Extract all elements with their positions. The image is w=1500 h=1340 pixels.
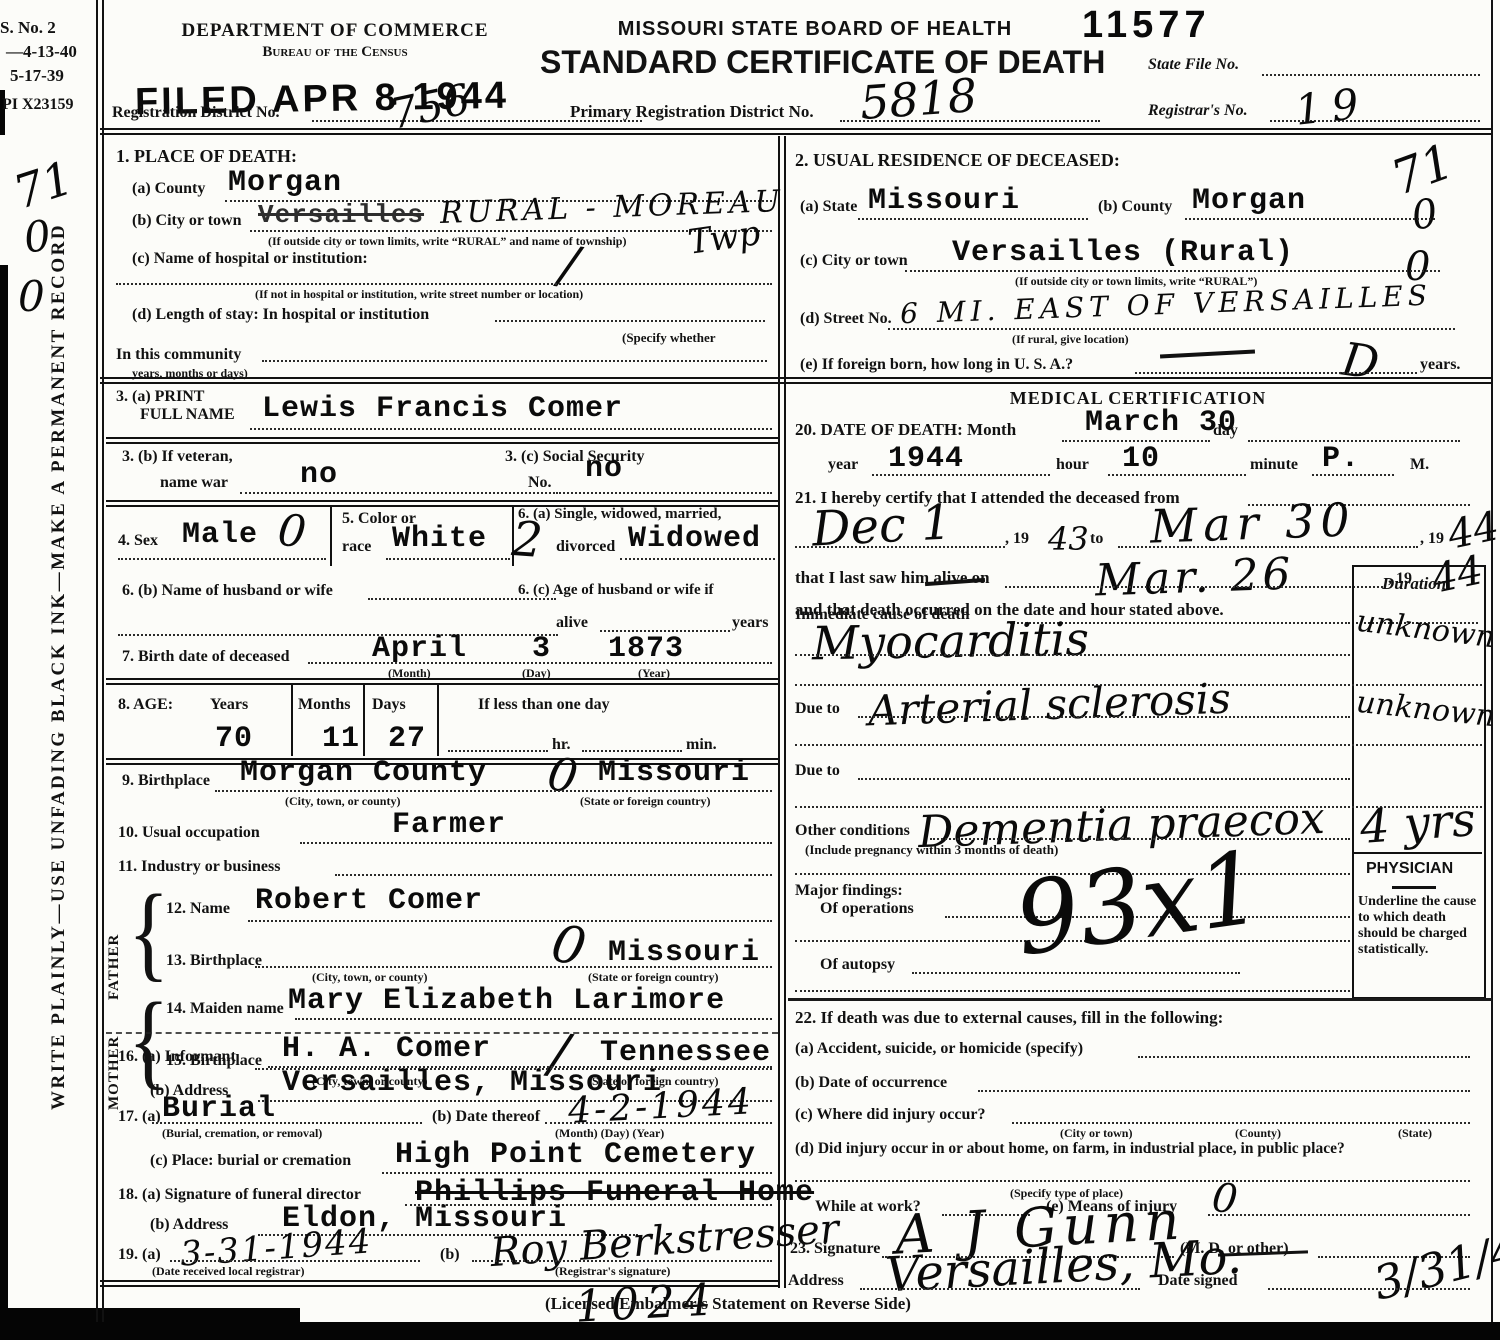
age-col-months: Months (298, 696, 350, 714)
residence-city-label: (c) City or town (800, 252, 908, 270)
registrar-sig-label: (b) (440, 1246, 460, 1264)
due-to-2-label: Due to (795, 762, 840, 780)
registrar-received-line (170, 1260, 420, 1262)
physician-box-divider (1352, 852, 1482, 854)
death-hour-label: hour (1056, 456, 1089, 474)
birthplace-city-value: Morgan County (240, 756, 487, 790)
state-file-line (1262, 74, 1480, 76)
other-conditions-label: Other conditions (795, 822, 910, 840)
mother-name-value: Mary Elizabeth Larimore (288, 984, 725, 1018)
due-to-1-label: Due to (795, 700, 840, 718)
burial-line (152, 1122, 422, 1124)
pod-hospital-line (116, 283, 772, 285)
father-brace: { (128, 877, 169, 985)
sex-label: 4. Sex (118, 532, 158, 550)
fullname-value: Lewis Francis Comer (262, 392, 623, 426)
attended-to-value: Mar 30 (1149, 492, 1356, 553)
father-birthplace-line (255, 966, 772, 968)
date-of-death-label: 20. DATE OF DEATH: Month (795, 420, 1016, 440)
duration-label: Duration (1382, 574, 1446, 594)
father-birthplace-label: 13. Birthplace (166, 952, 262, 970)
cause-sep-2 (795, 744, 1482, 746)
occurrence-date-line (978, 1090, 1470, 1092)
foreign-born-pen-dash (1160, 350, 1255, 359)
other-conditions-line (930, 838, 1350, 840)
burial-place-label: (c) Place: burial or cremation (150, 1152, 351, 1170)
primary-district-value: 5818 (858, 68, 979, 130)
mother-name-line (295, 1018, 772, 1020)
race-value: White (392, 522, 487, 556)
death-certificate-scan: S. No. 2 —4-13-40 5-17-39 PI X23159 WRIT… (0, 0, 1500, 1340)
race-line (386, 558, 510, 560)
father-side-label: FATHER (106, 892, 123, 1000)
margin-instruction: WRITE PLAINLY—USE UNFADING BLACK INK—MAK… (48, 160, 70, 1110)
residence-state-line (858, 218, 1088, 220)
birthplace-label: 9. Birthplace (122, 772, 210, 790)
marital-label-2: divorced (556, 538, 615, 556)
physician-signature-label: 23. Signature (790, 1240, 880, 1258)
father-name-value: Robert Comer (255, 884, 483, 918)
birthplace-line (215, 790, 772, 792)
marital-pen-mark: 2 (510, 511, 544, 569)
sex-value: Male (182, 518, 258, 552)
father-birthplace-hint-state: (State or foreign country) (588, 970, 719, 985)
injury-where-label: (c) Where did injury occur? (795, 1106, 986, 1124)
race-label-2: race (342, 538, 371, 556)
veteran-label-1: 3. (b) If veteran, (122, 448, 233, 466)
divider-sex-race (330, 506, 332, 566)
pod-stay-hint: (Specify whether (622, 330, 716, 346)
physician-note: Underline the cause to which death shoul… (1358, 894, 1480, 958)
injury-place-line (795, 1180, 1470, 1182)
primary-district-label: Primary Registration District No. (570, 102, 814, 122)
registrar-no-value: 19 (1293, 78, 1371, 134)
foreign-born-line (1135, 372, 1417, 374)
spouse-age-label-1: 6. (c) Age of husband or wife if (518, 582, 714, 599)
mother-brace: { (128, 985, 169, 1093)
injury-where-hint-county: (County) (1235, 1126, 1281, 1141)
death-hour-value: 10 (1122, 442, 1160, 476)
age-hr-line (448, 750, 548, 752)
rule-sec1-bottom (100, 377, 1492, 384)
age-col-less: If less than one day (478, 696, 610, 714)
age-col-days: Days (372, 696, 406, 714)
certify-to-label: , to (1082, 530, 1103, 548)
age-divider-2 (363, 684, 365, 756)
father-birthplace-hint-city: (City, town, or county) (312, 970, 427, 985)
pod-hospital-label: (c) Name of hospital or institution: (132, 250, 368, 268)
header-rule (100, 128, 1492, 135)
pod-community-label: In this community (116, 346, 241, 364)
ssn-line (556, 492, 772, 494)
physician-dash (1392, 886, 1436, 889)
rule-sec3a-bottom (106, 437, 778, 444)
date-signed-label: Date signed (1158, 1272, 1238, 1290)
other-conditions-duration: 4 yrs (1358, 792, 1477, 854)
residence-street-hint: (If rural, give location) (1012, 332, 1129, 347)
residence-city-line (905, 270, 1440, 272)
date-signed-value: 3/31/44 (1368, 1215, 1500, 1310)
father-birthplace-value: Missouri (608, 936, 760, 970)
veteran-line (240, 492, 555, 494)
informant-value: H. A. Comer (282, 1032, 491, 1066)
birthplace-state-value: Missouri (598, 756, 750, 790)
due-to-1-value: Arterial sclerosis (867, 674, 1231, 736)
margin-pencil-code-3: 0 (18, 272, 45, 321)
place-of-death-heading: 1. PLACE OF DEATH: (116, 146, 297, 167)
scan-edge-left (0, 265, 8, 1340)
burial-value: Burial (162, 1092, 276, 1126)
veteran-label-2: name war (160, 474, 228, 492)
date-signed-line (1268, 1288, 1470, 1290)
injury-where-hint-state: (State) (1398, 1126, 1432, 1141)
pod-city-label: (b) City or town (132, 212, 241, 230)
attended-from-value: Dec 1 (811, 494, 953, 557)
of-autopsy-line (912, 972, 1240, 974)
physician-address-label: Address (788, 1272, 844, 1290)
certify-pre19b: , 19 (1420, 530, 1444, 548)
form-code-3: 5-17-39 (10, 66, 64, 86)
residence-county-label: (b) County (1098, 198, 1172, 216)
certify-pre19a: , 19 (1005, 530, 1029, 548)
injury-where-line (1012, 1122, 1470, 1124)
registrar-sig-line (472, 1260, 772, 1262)
birthdate-label: 7. Birth date of deceased (122, 648, 290, 666)
spouse-name-line-2 (118, 634, 558, 636)
date-of-death-day-label: day (1213, 422, 1238, 440)
age-divider-1 (291, 684, 293, 756)
birthplace-hint-city: (City, town, or county) (285, 794, 400, 809)
mother-name-label: 14. Maiden name (166, 1000, 284, 1018)
state-file-label: State File No. (1148, 56, 1239, 74)
embalmer-footer: (Licensed Embalmer's Statement on Revers… (545, 1294, 911, 1314)
last-seen-value: Mar. 26 (1094, 549, 1295, 607)
ssn-value: no (585, 452, 623, 486)
birthdate-year: 1873 (608, 632, 684, 666)
industry-line (335, 874, 772, 876)
form-left-border (96, 0, 104, 1322)
due-to-1-line (858, 716, 1350, 718)
burial-place-value: High Point Cemetery (395, 1138, 756, 1172)
foreign-born-label: (e) If foreign born, how long in U. S. A… (800, 356, 1073, 374)
occurrence-date-label: (b) Date of occurrence (795, 1074, 947, 1092)
pod-county-label: (a) County (132, 180, 205, 198)
fullname-label-1: 3. (a) PRINT (116, 388, 204, 406)
age-min-label: min. (686, 736, 717, 754)
physician-address-line (860, 1288, 1140, 1290)
fullname-label-2: FULL NAME (140, 406, 235, 424)
age-label: 8. AGE: (118, 696, 173, 714)
birthdate-month: April (372, 632, 467, 666)
occupation-label: 10. Usual occupation (118, 824, 260, 842)
spouse-age-suffix: years (732, 614, 768, 632)
due-to-2-line (858, 778, 1350, 780)
age-years-value: 70 (215, 722, 253, 756)
other-conditions-hint: (Include pregnancy within 3 months of de… (805, 842, 1058, 858)
birthdate-line (308, 662, 772, 664)
death-hour-line (1108, 474, 1246, 476)
residence-street-line (888, 328, 1455, 330)
ssn-label-2: No. (528, 474, 552, 492)
birthplace-hint-state: (State or foreign country) (580, 794, 711, 809)
header-board: MISSOURI STATE BOARD OF HEALTH (550, 18, 1080, 41)
pod-community-line (262, 360, 767, 362)
external-causes-heading: 22. If death was due to external causes,… (795, 1008, 1223, 1028)
header-title: STANDARD CERTIFICATE OF DEATH (540, 44, 1100, 81)
fullname-line (250, 428, 772, 430)
death-m-label: M. (1410, 456, 1429, 474)
registration-district-label: Registration District No. (112, 104, 280, 122)
pod-city-struck-value: Versailles (258, 200, 424, 230)
age-days-value: 27 (388, 722, 426, 756)
birthplace-pen-mark: 0 (544, 746, 582, 804)
residence-state-value: Missouri (868, 184, 1020, 218)
certify-line-2: that I last saw him alive on (795, 568, 990, 588)
findings-sep-bottom (795, 990, 1350, 992)
residence-city-value: Versailles (Rural) (952, 236, 1294, 270)
header-department: DEPARTMENT OF COMMERCE (125, 20, 545, 42)
residence-pencil-2: 0 (1409, 190, 1441, 239)
scan-edge-bottom-step (0, 1308, 300, 1328)
residence-county-value: Morgan (1192, 184, 1306, 218)
death-ampm-value: P. (1322, 442, 1360, 476)
death-year-value: 1944 (888, 442, 964, 476)
spouse-age-label-2: alive (556, 614, 588, 632)
sex-pen-mark: 0 (275, 505, 308, 559)
immediate-cause-value: Myocarditis (812, 612, 1090, 671)
death-year-line (872, 474, 1050, 476)
registrar-no-label: Registrar's No. (1148, 102, 1248, 120)
rule-sec7-bottom (106, 678, 778, 685)
major-findings-label: Major findings: (795, 882, 903, 900)
form-code-1: S. No. 2 (0, 18, 56, 38)
residence-street-pen-mark: D (1338, 332, 1382, 391)
age-min-line (582, 750, 682, 752)
age-col-years: Years (210, 696, 248, 714)
age-months-value: 11 (322, 722, 360, 756)
sex-line (118, 558, 326, 560)
burial-hint: (Burial, cremation, or removal) (162, 1126, 322, 1141)
pod-township-hand: Twp (686, 213, 763, 263)
last-seen-line (1005, 586, 1383, 588)
immediate-cause-line-2 (795, 654, 1350, 656)
birthdate-day: 3 (532, 632, 551, 666)
physician-title: PHYSICIAN (1366, 860, 1453, 878)
accident-label: (a) Accident, suicide, or homicide (spec… (795, 1040, 1083, 1058)
pod-hospital-hint: (If not in hospital or institution, writ… (255, 287, 583, 302)
burial-date-label: (b) Date thereof (432, 1108, 540, 1126)
form-right-border (1491, 0, 1493, 1322)
death-year-label: year (828, 456, 858, 474)
burial-date-line (545, 1122, 772, 1124)
father-name-label: 12. Name (166, 900, 230, 918)
pod-stay-label: (d) Length of stay: In hospital or insti… (132, 306, 429, 324)
ssn-label-1: 3. (c) Social Security (505, 448, 645, 466)
certificate-serial-number: 11577 (1082, 4, 1211, 47)
residence-county-line (1185, 218, 1435, 220)
pod-stay-line (495, 320, 765, 322)
residence-heading: 2. USUAL RESIDENCE OF DECEASED: (795, 150, 1120, 171)
of-operations-label: Of operations (820, 900, 914, 918)
certify-from-line-2 (795, 546, 1005, 548)
spouse-name-label: 6. (b) Name of husband or wife (122, 582, 333, 600)
registrar-received-hint: (Date received local registrar) (152, 1264, 304, 1279)
form-code-4: PI X23159 (2, 96, 74, 114)
of-autopsy-label: Of autopsy (820, 956, 895, 974)
veteran-value: no (300, 458, 338, 492)
column-divider (778, 136, 786, 1288)
means-of-injury-line (1208, 1214, 1470, 1216)
mother-birthplace-value: Tennessee (600, 1036, 771, 1070)
injury-place-label: (d) Did injury occur in or about home, o… (795, 1140, 1345, 1158)
burial-place-line (382, 1172, 772, 1174)
foreign-born-suffix: years. (1420, 356, 1460, 374)
age-divider-3 (437, 684, 439, 756)
header-bureau: Bureau of the Census (125, 44, 545, 61)
form-code-2: —4-13-40 (6, 42, 77, 62)
death-minute-label: minute (1250, 456, 1298, 474)
rule-sec22-top (788, 998, 1492, 1001)
residence-street-label: (d) Street No. (800, 310, 892, 328)
burial-date-value: 4-2-1944 (567, 1081, 755, 1132)
father-name-line (248, 920, 772, 922)
accident-line (1138, 1056, 1470, 1058)
pod-county-value: Morgan (228, 166, 342, 200)
occupation-line (300, 842, 772, 844)
informant-label: 16. (a) Informant (118, 1048, 236, 1066)
residence-state-label: (a) State (800, 198, 857, 216)
marital-line (620, 558, 775, 560)
marital-value: Widowed (628, 522, 761, 556)
father-birthplace-pen-mark: 0 (546, 913, 591, 979)
occupation-value: Farmer (392, 808, 506, 842)
registrar-received-label: 19. (a) (118, 1246, 161, 1264)
marital-label-1: 6. (a) Single, widowed, married, (518, 506, 721, 523)
injury-where-hint-city: (City or town) (1060, 1126, 1132, 1141)
